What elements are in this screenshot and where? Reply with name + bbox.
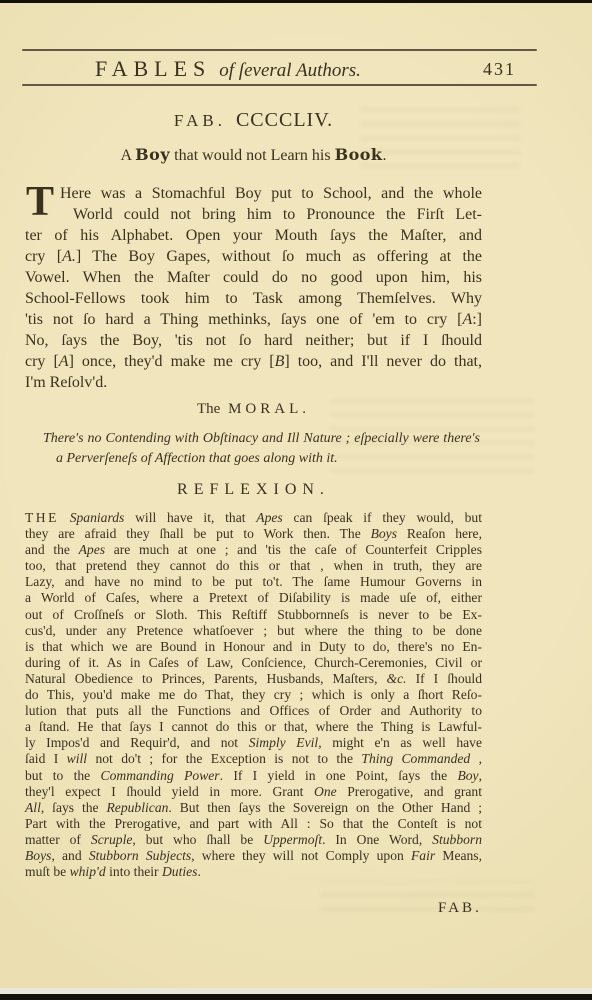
page-bottom-edge — [0, 988, 592, 994]
reflexion-paragraph: THE Spaniards will have it, that Apes ca… — [25, 510, 482, 880]
book-page: FABLES of ſeveral Authors. 431 FAB. CCCC… — [0, 3, 592, 994]
moral-heading: The MORAL. — [25, 401, 482, 418]
book-title-italic: of ſeveral Authors. — [219, 60, 361, 81]
reflexion-heading: REFLEXION. — [25, 481, 482, 499]
fable-label: FAB. — [174, 111, 226, 130]
book-title-caps: FABLES — [95, 56, 211, 81]
header-rule-top — [22, 49, 537, 51]
running-header: FABLES of ſeveral Authors. — [95, 56, 495, 82]
fable-body-paragraph: Here was a Stomachful Boy put to School,… — [25, 183, 482, 393]
page-number: 431 — [483, 59, 516, 80]
moral-heading-the: The — [197, 401, 220, 417]
show-through — [320, 881, 535, 911]
moral-text: There's no Contending with Obſtinacy and… — [43, 429, 480, 469]
fable-title: A Boy that would not Learn his Book. — [25, 145, 482, 165]
fable-number-heading: FAB. CCCCLIV. — [25, 109, 482, 132]
fable-numeral: CCCCLIV. — [236, 109, 333, 131]
catchword: FAB. — [438, 900, 482, 917]
header-rule-bottom — [22, 84, 537, 86]
moral-heading-word: MORAL. — [228, 401, 310, 417]
